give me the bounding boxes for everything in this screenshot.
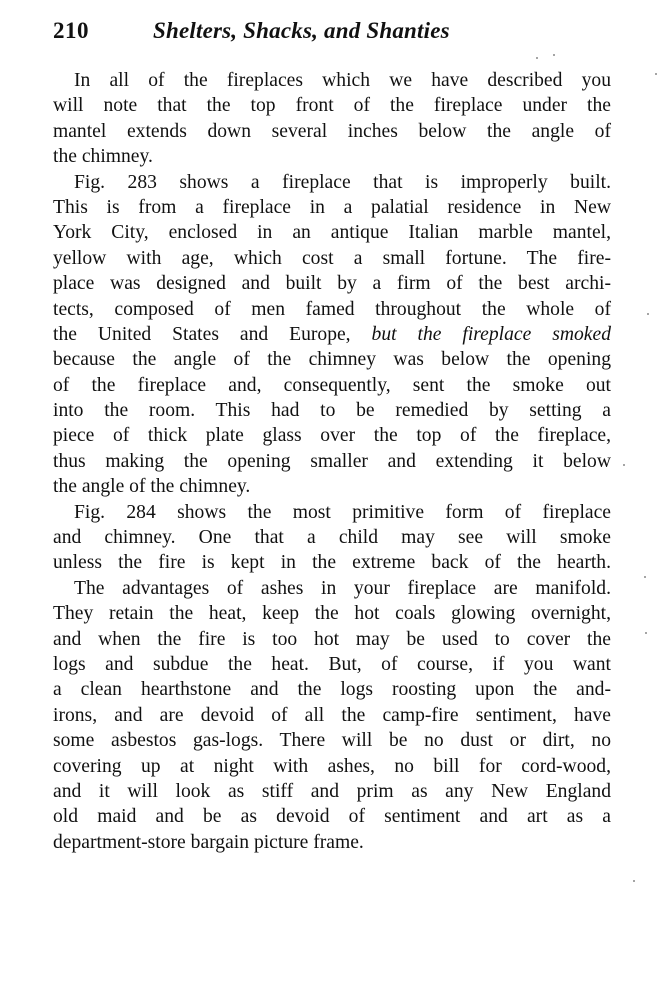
scan-speck [647, 313, 649, 315]
book-page: 210 Shelters, Shacks, and Shanties In al… [0, 0, 666, 1000]
text-line: of the fireplace and, consequently, sent… [53, 373, 611, 398]
text-line: unless the fire is kept in the extreme b… [53, 550, 611, 575]
text-line: the chimney. [53, 144, 611, 169]
paragraph: In all of the fireplaces which we have d… [53, 68, 611, 170]
body-text: In all of the fireplaces which we have d… [53, 68, 611, 855]
text-line: This is from a fireplace in a palatial r… [53, 195, 611, 220]
text-line: piece of thick plate glass over the top … [53, 423, 611, 448]
text-line: Fig. 283 shows a fireplace that is impro… [53, 170, 611, 195]
scan-speck [644, 576, 646, 578]
text-line: the angle of the chimney. [53, 474, 611, 499]
paragraph: Fig. 283 shows a fireplace that is impro… [53, 170, 611, 500]
text-line: Fig. 284 shows the most primitive form o… [53, 500, 611, 525]
paragraph: Fig. 284 shows the most primitive form o… [53, 500, 611, 576]
text-line: logs and subdue the heat. But, of course… [53, 652, 611, 677]
text-line: old maid and be as devoid of sentiment a… [53, 804, 611, 829]
text-line: a clean hearthstone and the logs roostin… [53, 677, 611, 702]
paragraph: The advantages of ashes in your fireplac… [53, 576, 611, 855]
scan-speck [645, 632, 647, 634]
scan-speck [536, 57, 538, 59]
text-line-with-italic: the United States and Europe, but the fi… [53, 322, 611, 347]
text-line: mantel extends down several inches below… [53, 119, 611, 144]
text-line: and chimney. One that a child may see wi… [53, 525, 611, 550]
text-line: will note that the top front of the fire… [53, 93, 611, 118]
text-line: yellow with age, which cost a small fort… [53, 246, 611, 271]
scan-speck [655, 73, 657, 75]
scan-speck [553, 54, 555, 56]
text-segment: the United States and Europe, [53, 324, 351, 345]
text-line: and it will look as stiff and prim as an… [53, 779, 611, 804]
text-line: The advantages of ashes in your fireplac… [53, 576, 611, 601]
running-title: Shelters, Shacks, and Shanties [153, 14, 450, 48]
text-line: department-store bargain picture frame. [53, 830, 611, 855]
text-line: thus making the opening smaller and exte… [53, 449, 611, 474]
scan-speck [623, 464, 625, 466]
text-line: place was designed and built by a firm o… [53, 271, 611, 296]
text-line: covering up at night with ashes, no bill… [53, 754, 611, 779]
text-line: In all of the fireplaces which we have d… [53, 68, 611, 93]
text-line: some asbestos gas-logs. There will be no… [53, 728, 611, 753]
text-line: into the room. This had to be remedied b… [53, 398, 611, 423]
text-line: irons, and are devoid of all the camp-fi… [53, 703, 611, 728]
scan-speck [633, 880, 635, 882]
text-line: tects, composed of men famed throughout … [53, 297, 611, 322]
page-number: 210 [53, 14, 89, 48]
text-line: They retain the heat, keep the hot coals… [53, 601, 611, 626]
text-line: and when the fire is too hot may be used… [53, 627, 611, 652]
text-line: because the angle of the chimney was bel… [53, 347, 611, 372]
italic-emphasis: but the fireplace smoked [372, 324, 611, 345]
running-head: 210 Shelters, Shacks, and Shanties [53, 14, 613, 48]
text-line: York City, enclosed in an antique Italia… [53, 220, 611, 245]
